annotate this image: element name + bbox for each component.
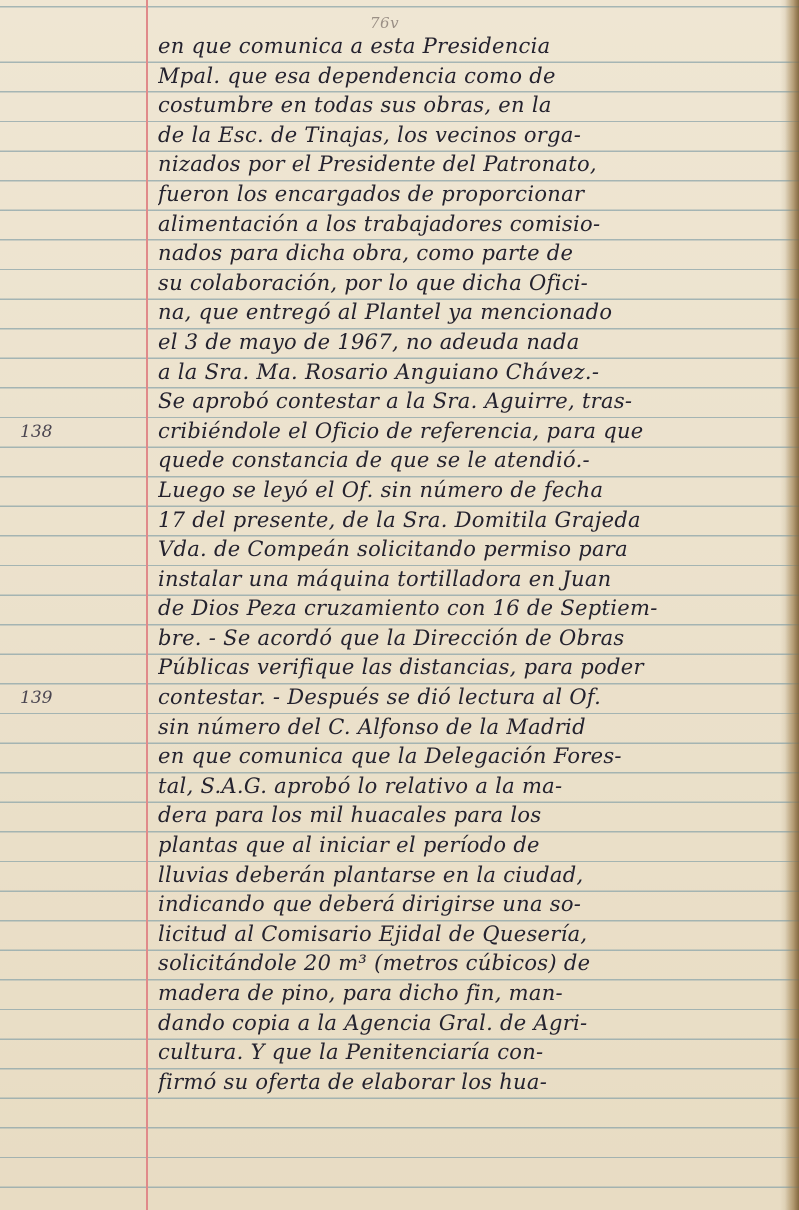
text-line: quede constancia de que se le atendió.- — [158, 446, 788, 476]
text-line: nizados por el Presidente del Patronato, — [158, 150, 788, 180]
red-margin-line — [146, 0, 148, 1210]
text-line: a la Sra. Ma. Rosario Anguiano Chávez.- — [158, 358, 788, 388]
text-line: contestar. - Después se dió lectura al O… — [158, 683, 788, 713]
text-line: nados para dicha obra, como parte de — [158, 239, 788, 269]
text-line: alimentación a los trabajadores comisio- — [158, 210, 788, 240]
text-line: su colaboración, por lo que dicha Ofici- — [158, 269, 788, 299]
margin-entry-number: 139 — [20, 688, 52, 708]
text-line: el 3 de mayo de 1967, no adeuda nada — [158, 328, 788, 358]
text-line: Públicas verifique las distancias, para … — [158, 653, 788, 683]
text-line: instalar una máquina tortilladora en Jua… — [158, 565, 788, 595]
text-line: tal, S.A.G. aprobó lo relativo a la ma- — [158, 772, 788, 802]
ledger-page: 76v 138 139 en que comunica a esta Presi… — [0, 0, 799, 1210]
text-line: dando copia a la Agencia Gral. de Agri- — [158, 1009, 788, 1039]
text-line: Se aprobó contestar a la Sra. Aguirre, t… — [158, 387, 788, 417]
text-line: cribiéndole el Oficio de referencia, par… — [158, 417, 788, 447]
text-line: licitud al Comisario Ejidal de Quesería, — [158, 920, 788, 950]
text-line: sin número del C. Alfonso de la Madrid — [158, 713, 788, 743]
text-line: cultura. Y que la Penitenciaría con- — [158, 1038, 788, 1068]
text-line: indicando que deberá dirigirse una so- — [158, 890, 788, 920]
text-line: solicitándole 20 m³ (metros cúbicos) de — [158, 949, 788, 979]
text-line: dera para los mil huacales para los — [158, 801, 788, 831]
folio-number: 76v — [370, 14, 399, 32]
text-line: de la Esc. de Tinajas, los vecinos orga- — [158, 121, 788, 151]
text-line: en que comunica que la Delegación Fores- — [158, 742, 788, 772]
text-line: 17 del presente, de la Sra. Domitila Gra… — [158, 506, 788, 536]
text-line: Luego se leyó el Of. sin número de fecha — [158, 476, 788, 506]
text-line: firmó su oferta de elaborar los hua- — [158, 1068, 788, 1098]
margin-entry-number: 138 — [20, 422, 52, 442]
text-line: costumbre en todas sus obras, en la — [158, 91, 788, 121]
text-line: Mpal. que esa dependencia como de — [158, 62, 788, 92]
text-line: plantas que al iniciar el período de — [158, 831, 788, 861]
handwritten-text-body: en que comunica a esta Presidencia Mpal.… — [158, 34, 788, 1099]
text-line: fueron los encargados de proporcionar — [158, 180, 788, 210]
text-line: na, que entregó al Plantel ya mencionado — [158, 298, 788, 328]
text-line: bre. - Se acordó que la Dirección de Obr… — [158, 624, 788, 654]
text-line: Vda. de Compeán solicitando permiso para — [158, 535, 788, 565]
text-line: madera de pino, para dicho fin, man- — [158, 979, 788, 1009]
text-line: en que comunica a esta Presidencia — [158, 32, 788, 62]
text-line: de Dios Peza cruzamiento con 16 de Septi… — [158, 594, 788, 624]
text-line: lluvias deberán plantarse en la ciudad, — [158, 861, 788, 891]
